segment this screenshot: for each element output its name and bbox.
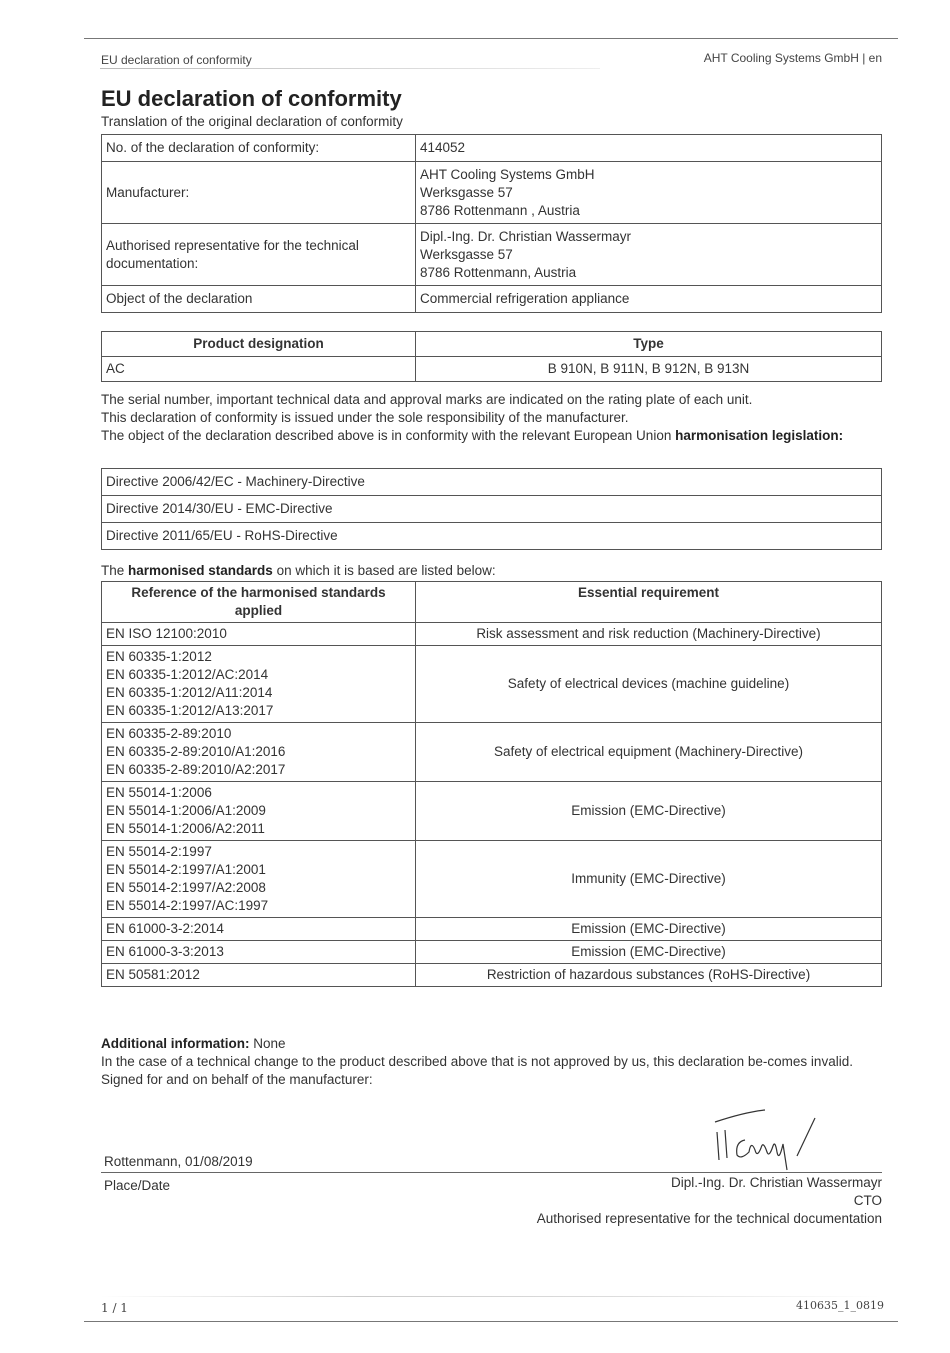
essential-requirement: Safety of electrical equipment (Machiner… [416, 723, 882, 782]
standard-references: EN 61000-3-3:2013 [102, 941, 416, 964]
table-row: EN 55014-1:2006EN 55014-1:2006/A1:2009EN… [102, 782, 882, 841]
document-subtitle: Translation of the original declaration … [101, 114, 403, 129]
place-date-label: Place/Date [104, 1178, 170, 1193]
table-header-row: Reference of the harmonised standards ap… [102, 582, 882, 623]
standard-reference: EN 60335-2-89:2010/A1:2016 [106, 743, 411, 761]
table-row: No. of the declaration of conformity: 41… [102, 135, 882, 162]
signer-block: Dipl.-Ing. Dr. Christian Wassermayr CTO … [537, 1174, 882, 1228]
footer-top-rule [100, 1296, 880, 1297]
table-row: EN 55014-2:1997EN 55014-2:1997/A1:2001EN… [102, 841, 882, 918]
address-line: Werksgasse 57 [420, 184, 877, 202]
table-row: EN 60335-2-89:2010EN 60335-2-89:2010/A1:… [102, 723, 882, 782]
standard-reference: EN 60335-1:2012 [106, 648, 411, 666]
standard-reference: EN 55014-1:2006/A1:2009 [106, 802, 411, 820]
header-underline [100, 68, 600, 69]
standard-reference: EN 60335-2-89:2010 [106, 725, 411, 743]
standard-reference: EN 55014-1:2006 [106, 784, 411, 802]
manufacturer-address: AHT Cooling Systems GmbH Werksgasse 57 8… [416, 162, 882, 224]
standard-reference: EN 60335-1:2012/A11:2014 [106, 684, 411, 702]
table-row: Directive 2014/30/EU - EMC-Directive [102, 496, 882, 523]
signed-for: Signed for and on behalf of the manufact… [101, 1071, 891, 1089]
standard-reference: EN 61000-3-3:2013 [106, 943, 411, 961]
essential-requirement: Safety of electrical devices (machine gu… [416, 646, 882, 723]
representative-label: Authorised representative for the techni… [102, 224, 416, 286]
essential-requirement: Emission (EMC-Directive) [416, 918, 882, 941]
additional-value: None [249, 1036, 285, 1051]
address-line: Werksgasse 57 [420, 246, 877, 264]
standard-reference: EN 55014-2:1997/A2:2008 [106, 879, 411, 897]
table-row: Object of the declaration Commercial ref… [102, 286, 882, 313]
standard-references: EN 55014-2:1997EN 55014-2:1997/A1:2001EN… [102, 841, 416, 918]
table-row: EN 50581:2012Restriction of hazardous su… [102, 964, 882, 987]
signature-icon [705, 1100, 845, 1175]
essential-requirement: Risk assessment and risk reduction (Mach… [416, 623, 882, 646]
standard-reference: EN 50581:2012 [106, 966, 411, 984]
standard-reference: EN 61000-3-2:2014 [106, 920, 411, 938]
signer-role: Authorised representative for the techni… [537, 1210, 882, 1228]
table-row: EN 60335-1:2012EN 60335-1:2012/AC:2014EN… [102, 646, 882, 723]
essential-requirement: Restriction of hazardous substances (RoH… [416, 964, 882, 987]
change-note: In the case of a technical change to the… [101, 1053, 891, 1071]
product-designation: AC [102, 357, 416, 382]
standard-reference: EN 55014-1:2006/A2:2011 [106, 820, 411, 838]
standard-reference: EN 55014-2:1997/A1:2001 [106, 861, 411, 879]
declaration-no-value: 414052 [416, 135, 882, 162]
table-header-row: Product designation Type [102, 332, 882, 357]
standard-reference: EN 55014-2:1997/AC:1997 [106, 897, 411, 915]
standard-reference: EN ISO 12100:2010 [106, 625, 411, 643]
essential-requirement: Emission (EMC-Directive) [416, 941, 882, 964]
standards-intro: The harmonised standards on which it is … [101, 562, 891, 580]
signer-name: Dipl.-Ing. Dr. Christian Wassermayr [537, 1174, 882, 1192]
statement-line: This declaration of conformity is issued… [101, 409, 891, 427]
table-row: Manufacturer: AHT Cooling Systems GmbH W… [102, 162, 882, 224]
table-row: Authorised representative for the techni… [102, 224, 882, 286]
essential-requirement: Emission (EMC-Directive) [416, 782, 882, 841]
object-label: Object of the declaration [102, 286, 416, 313]
running-header-company: AHT Cooling Systems GmbH | en [704, 51, 882, 65]
standard-references: EN 60335-2-89:2010EN 60335-2-89:2010/A1:… [102, 723, 416, 782]
table-row: Directive 2006/42/EC - Machinery-Directi… [102, 469, 882, 496]
essential-requirement: Immunity (EMC-Directive) [416, 841, 882, 918]
product-table: Product designation Type AC B 910N, B 91… [101, 331, 882, 382]
table-row: Directive 2011/65/EU - RoHS-Directive [102, 523, 882, 550]
table-row: EN 61000-3-3:2013Emission (EMC-Directive… [102, 941, 882, 964]
directive-item: Directive 2014/30/EU - EMC-Directive [102, 496, 882, 523]
page-number: 1 / 1 [101, 1301, 128, 1315]
address-line: 8786 Rottenmann , Austria [420, 202, 877, 220]
address-line: Dipl.-Ing. Dr. Christian Wassermayr [420, 228, 877, 246]
additional-line: Additional information: None [101, 1035, 891, 1053]
declaration-info-table: No. of the declaration of conformity: 41… [101, 134, 882, 313]
table-row: EN 61000-3-2:2014Emission (EMC-Directive… [102, 918, 882, 941]
standard-references: EN 60335-1:2012EN 60335-1:2012/AC:2014EN… [102, 646, 416, 723]
standard-references: EN 61000-3-2:2014 [102, 918, 416, 941]
statement-line: The object of the declaration described … [101, 427, 891, 445]
emphasis: harmonised standards [128, 563, 273, 578]
standard-references: EN 50581:2012 [102, 964, 416, 987]
representative-address: Dipl.-Ing. Dr. Christian Wassermayr Werk… [416, 224, 882, 286]
column-header: Product designation [102, 332, 416, 357]
signer-title: CTO [537, 1192, 882, 1210]
footer-rule [84, 1321, 898, 1322]
emphasis: harmonisation legislation [675, 428, 839, 443]
product-type: B 910N, B 911N, B 912N, B 913N [416, 357, 882, 382]
address-line: AHT Cooling Systems GmbH [420, 166, 877, 184]
declaration-no-label: No. of the declaration of conformity: [102, 135, 416, 162]
column-header: Reference of the harmonised standards ap… [102, 582, 416, 623]
running-header-title: EU declaration of conformity [101, 53, 252, 67]
document-code: 410635_1_0819 [796, 1299, 884, 1312]
directive-item: Directive 2011/65/EU - RoHS-Directive [102, 523, 882, 550]
standard-references: EN ISO 12100:2010 [102, 623, 416, 646]
object-value: Commercial refrigeration appliance [416, 286, 882, 313]
directive-item: Directive 2006/42/EC - Machinery-Directi… [102, 469, 882, 496]
table-row: EN ISO 12100:2010Risk assessment and ris… [102, 623, 882, 646]
column-header: Type [416, 332, 882, 357]
table-row: AC B 910N, B 911N, B 912N, B 913N [102, 357, 882, 382]
standard-reference: EN 60335-1:2012/AC:2014 [106, 666, 411, 684]
column-header: Essential requirement [416, 582, 882, 623]
standard-reference: EN 60335-2-89:2010/A2:2017 [106, 761, 411, 779]
manufacturer-label: Manufacturer: [102, 162, 416, 224]
standard-reference: EN 55014-2:1997 [106, 843, 411, 861]
document-title: EU declaration of conformity [101, 86, 402, 112]
additional-info: Additional information: None In the case… [101, 1035, 891, 1089]
standard-references: EN 55014-1:2006EN 55014-1:2006/A1:2009EN… [102, 782, 416, 841]
standards-table: Reference of the harmonised standards ap… [101, 581, 882, 987]
standard-reference: EN 60335-1:2012/A13:2017 [106, 702, 411, 720]
directives-table: Directive 2006/42/EC - Machinery-Directi… [101, 468, 882, 550]
statement-line: The serial number, important technical d… [101, 391, 891, 409]
signature-rule [101, 1172, 882, 1173]
address-line: 8786 Rottenmann, Austria [420, 264, 877, 282]
header-rule [84, 38, 898, 39]
additional-label: Additional information: [101, 1036, 249, 1051]
place-date: Rottenmann, 01/08/2019 [104, 1154, 253, 1169]
conformity-statement: The serial number, important technical d… [101, 391, 891, 445]
